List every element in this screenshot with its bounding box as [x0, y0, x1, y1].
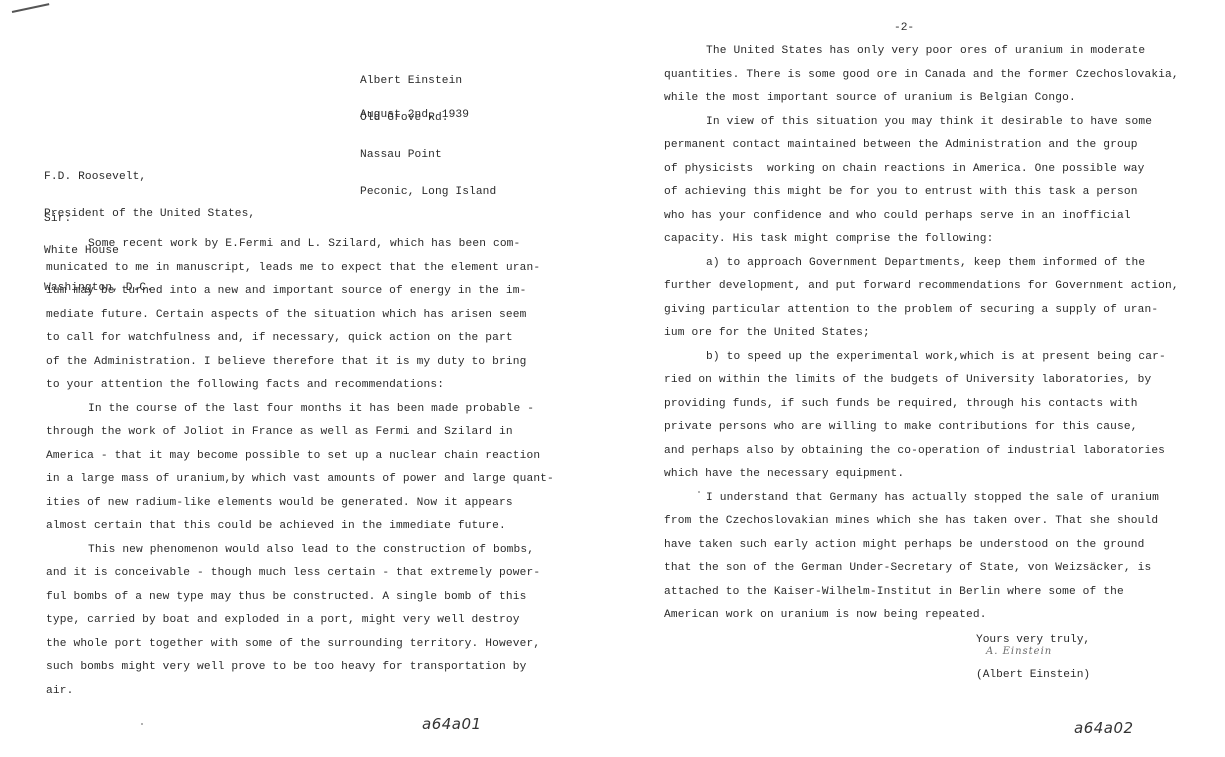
body-line: giving particular attention to the probl… [664, 299, 1179, 323]
body-line: Some recent work by E.Fermi and L. Szila… [46, 233, 554, 257]
letter-body-page-2: The United States has only very poor ore… [664, 40, 1179, 628]
body-line: that the son of the German Under-Secreta… [664, 557, 1179, 581]
recipient-line: President of the United States, [44, 208, 255, 220]
body-line: private persons who are willing to make … [664, 416, 1179, 440]
body-line: This new phenomenon would also lead to t… [46, 539, 554, 563]
paper-speck [141, 723, 143, 725]
body-line: permanent contact maintained between the… [664, 134, 1179, 158]
sender-line: Peconic, Long Island [360, 186, 496, 198]
body-line: I understand that Germany has actually s… [664, 487, 1179, 511]
body-line: have taken such early action might perha… [664, 534, 1179, 558]
body-line: In the course of the last four months it… [46, 398, 554, 422]
body-line: which have the necessary equipment. [664, 463, 1179, 487]
body-line: of physicists working on chain reactions… [664, 158, 1179, 182]
body-line: the whole port together with some of the… [46, 633, 554, 657]
handwritten-signature: A. Einstein [986, 646, 1052, 657]
recipient-line: F.D. Roosevelt, [44, 171, 255, 183]
body-line: In view of this situation you may think … [664, 111, 1179, 135]
body-line: through the work of Joliot in France as … [46, 421, 554, 445]
body-line: to call for watchfulness and, if necessa… [46, 327, 554, 351]
body-line: from the Czechoslovakian mines which she… [664, 510, 1179, 534]
body-line: such bombs might very well prove to be t… [46, 656, 554, 680]
sender-line: Albert Einstein [360, 75, 496, 87]
body-line: ities of new radium-like elements would … [46, 492, 554, 516]
body-line: attached to the Kaiser-Wilhelm-Institut … [664, 581, 1179, 605]
signature-name: (Albert Einstein) [976, 669, 1090, 681]
paper-speck [698, 491, 700, 493]
page-number: -2- [894, 22, 914, 34]
letter-page-2: -2- The United States has only very poor… [612, 0, 1225, 757]
body-line: municated to me in manuscript, leads me … [46, 257, 554, 281]
archive-mark: a64a02 [1074, 719, 1134, 737]
body-line: providing funds, if such funds be requir… [664, 393, 1179, 417]
sender-address: Albert Einstein Old Grove Rd. Nassau Poi… [360, 50, 496, 224]
body-line: and perhaps also by obtaining the co-ope… [664, 440, 1179, 464]
archive-mark: a64a01 [422, 715, 482, 733]
body-line: a) to approach Government Departments, k… [664, 252, 1179, 276]
body-line: of achieving this might be for you to en… [664, 181, 1179, 205]
body-line: to your attention the following facts an… [46, 374, 554, 398]
body-line: American work on uranium is now being re… [664, 604, 1179, 628]
sender-line: Nassau Point [360, 149, 496, 161]
body-line: in a large mass of uranium,by which vast… [46, 468, 554, 492]
body-line: air. [46, 680, 554, 704]
body-line: almost certain that this could be achiev… [46, 515, 554, 539]
body-line: ful bombs of a new type may thus be cons… [46, 586, 554, 610]
body-line: of the Administration. I believe therefo… [46, 351, 554, 375]
body-line: further development, and put forward rec… [664, 275, 1179, 299]
body-line: ried on within the limits of the budgets… [664, 369, 1179, 393]
body-line: America - that it may become possible to… [46, 445, 554, 469]
letter-page-1: Albert Einstein Old Grove Rd. Nassau Poi… [0, 0, 612, 757]
body-line: The United States has only very poor ore… [664, 40, 1179, 64]
body-line: while the most important source of urani… [664, 87, 1179, 111]
pen-mark [12, 3, 50, 13]
body-line: ium may be turned into a new and importa… [46, 280, 554, 304]
body-line: ium ore for the United States; [664, 322, 1179, 346]
body-line: who has your confidence and who could pe… [664, 205, 1179, 229]
body-line: and it is conceivable - though much less… [46, 562, 554, 586]
body-line: b) to speed up the experimental work,whi… [664, 346, 1179, 370]
body-line: mediate future. Certain aspects of the s… [46, 304, 554, 328]
body-line: capacity. His task might comprise the fo… [664, 228, 1179, 252]
letter-body-page-1: Some recent work by E.Fermi and L. Szila… [46, 233, 554, 703]
body-line: quantities. There is some good ore in Ca… [664, 64, 1179, 88]
salutation: Sir: [44, 213, 71, 225]
body-line: type, carried by boat and exploded in a … [46, 609, 554, 633]
closing: Yours very truly, [976, 634, 1090, 646]
letter-date: August 2nd, 1939 [360, 109, 469, 121]
